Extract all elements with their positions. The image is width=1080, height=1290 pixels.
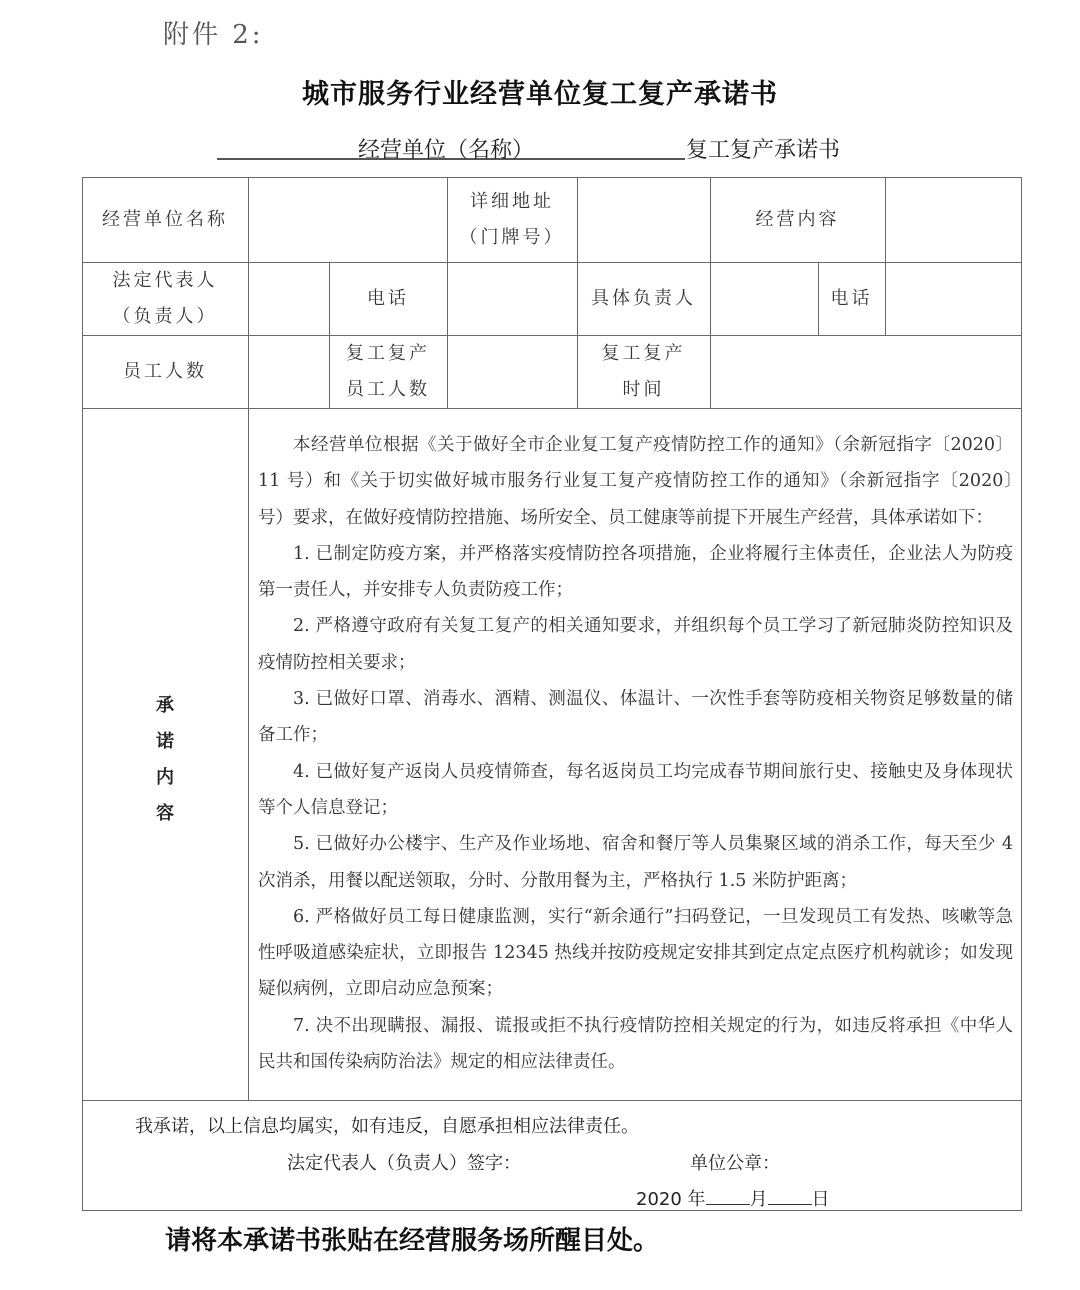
legal-rep-label-line2: （负责人） (113, 299, 218, 335)
table-border-bottom (82, 1210, 1022, 1211)
pledge-statement: 我承诺，以上信息均属实，如有违反，自愿承担相应法律责任。 (135, 1112, 639, 1138)
phone2-label-text: 电话 (831, 281, 873, 317)
unit-seal-label: 单位公章： (690, 1149, 780, 1175)
commitment-label-char: 内 (150, 760, 180, 796)
commitment-intro: 本经营单位根据《关于做好全市企业复工复产疫情防控工作的通知》（余新冠指字〔202… (258, 427, 1013, 536)
staff-count-label: 员工人数 (82, 335, 248, 408)
table-divider (82, 1100, 1022, 1101)
commitment-content-label: 承 诺 内 容 (150, 688, 180, 832)
commitment-item-4: 4. 已做好复产返岗人员疫情筛查，每名返岗员工均完成春节期间旅行史、接触史及身体… (258, 754, 1013, 827)
subtitle-tail: 复工复产承诺书 (686, 133, 840, 164)
commitment-item-6: 6. 严格做好员工每日健康监测，实行“新余通行”扫码登记，一旦发现员工有发热、咳… (258, 899, 1013, 1008)
signature-label: 法定代表人（负责人）签字： (287, 1149, 521, 1175)
commitment-item-3: 3. 已做好口罩、消毒水、酒精、测温仪、体温计、一次性手套等防疫相关物资足够数量… (258, 681, 1013, 754)
legal-rep-field[interactable] (248, 262, 329, 335)
resume-time-label-line1: 复工复产 (602, 336, 686, 372)
unit-name-field[interactable] (248, 177, 447, 262)
person-in-charge-label: 具体负责人 (577, 262, 710, 335)
commitment-item-2: 2. 严格遵守政府有关复工复产的相关通知要求，并组织每个员工学习了新冠肺炎防控知… (258, 608, 1013, 681)
subtitle-unit-name: 经营单位（名称） (358, 133, 534, 164)
resume-staff-label-line2: 员工人数 (346, 372, 430, 408)
address-label: 详细地址 （门牌号） (447, 177, 577, 262)
resume-staff-label: 复工复产 员工人数 (329, 335, 447, 408)
staff-count-field[interactable] (248, 335, 329, 408)
address-label-line2: （门牌号） (460, 220, 565, 256)
business-content-field[interactable] (885, 177, 1021, 262)
resume-time-label: 复工复产 时间 (577, 335, 710, 408)
posting-instruction: 请将本承诺书张贴在经营服务场所醒目处。 (165, 1220, 659, 1257)
commitment-body: 本经营单位根据《关于做好全市企业复工复产疫情防控工作的通知》（余新冠指字〔202… (258, 427, 1013, 1080)
commitment-item-5: 5. 已做好办公楼宇、生产及作业场地、宿舍和餐厅等人员集聚区域的消杀工作，每天至… (258, 826, 1013, 899)
date-month-label: 月 (750, 1189, 768, 1210)
resume-time-field[interactable] (710, 335, 1021, 408)
legal-rep-label: 法定代表人 （负责人） (82, 262, 248, 335)
address-field[interactable] (577, 177, 710, 262)
resume-time-label-line2: 时间 (623, 372, 665, 408)
phone2-field[interactable] (885, 262, 1021, 335)
unit-name-label: 经营单位名称 (82, 177, 248, 262)
phone-label: 电话 (329, 262, 447, 335)
commitment-label-char: 容 (150, 796, 180, 832)
business-content-label-text: 经营内容 (756, 202, 840, 238)
phone2-label: 电话 (818, 262, 885, 335)
unit-name-label-text: 经营单位名称 (102, 202, 228, 238)
legal-rep-label-line1: 法定代表人 (113, 263, 218, 299)
commitment-label-char: 诺 (150, 724, 180, 760)
business-content-label: 经营内容 (710, 177, 885, 262)
staff-count-label-text: 员工人数 (123, 354, 207, 390)
table-border-right (1021, 177, 1022, 1210)
commitment-item-1: 1. 已制定防疫方案，并严格落实疫情防控各项措施，企业将履行主体责任，企业法人为… (258, 536, 1013, 609)
phone-field[interactable] (447, 262, 577, 335)
document-title: 城市服务行业经营单位复工复产承诺书 (0, 72, 1080, 111)
resume-staff-label-line1: 复工复产 (346, 336, 430, 372)
date-day-blank[interactable] (768, 1186, 812, 1205)
person-in-charge-field[interactable] (710, 262, 818, 335)
commitment-item-7: 7. 决不出现瞒报、漏报、谎报或拒不执行疫情防控相关规定的行为，如违反将承担《中… (258, 1008, 1013, 1081)
attachment-label: 附件 2: (163, 14, 264, 51)
address-label-line1: 详细地址 (470, 184, 554, 220)
date-month-blank[interactable] (706, 1186, 750, 1205)
table-divider (82, 408, 1022, 409)
date-year: 2020 年 (636, 1189, 706, 1210)
date-day-label: 日 (812, 1189, 830, 1210)
commitment-label-char: 承 (150, 688, 180, 724)
signing-date: 2020 年月日 (636, 1185, 830, 1211)
person-in-charge-label-text: 具体负责人 (591, 281, 696, 317)
resume-staff-field[interactable] (447, 335, 577, 408)
phone-label-text: 电话 (367, 281, 409, 317)
